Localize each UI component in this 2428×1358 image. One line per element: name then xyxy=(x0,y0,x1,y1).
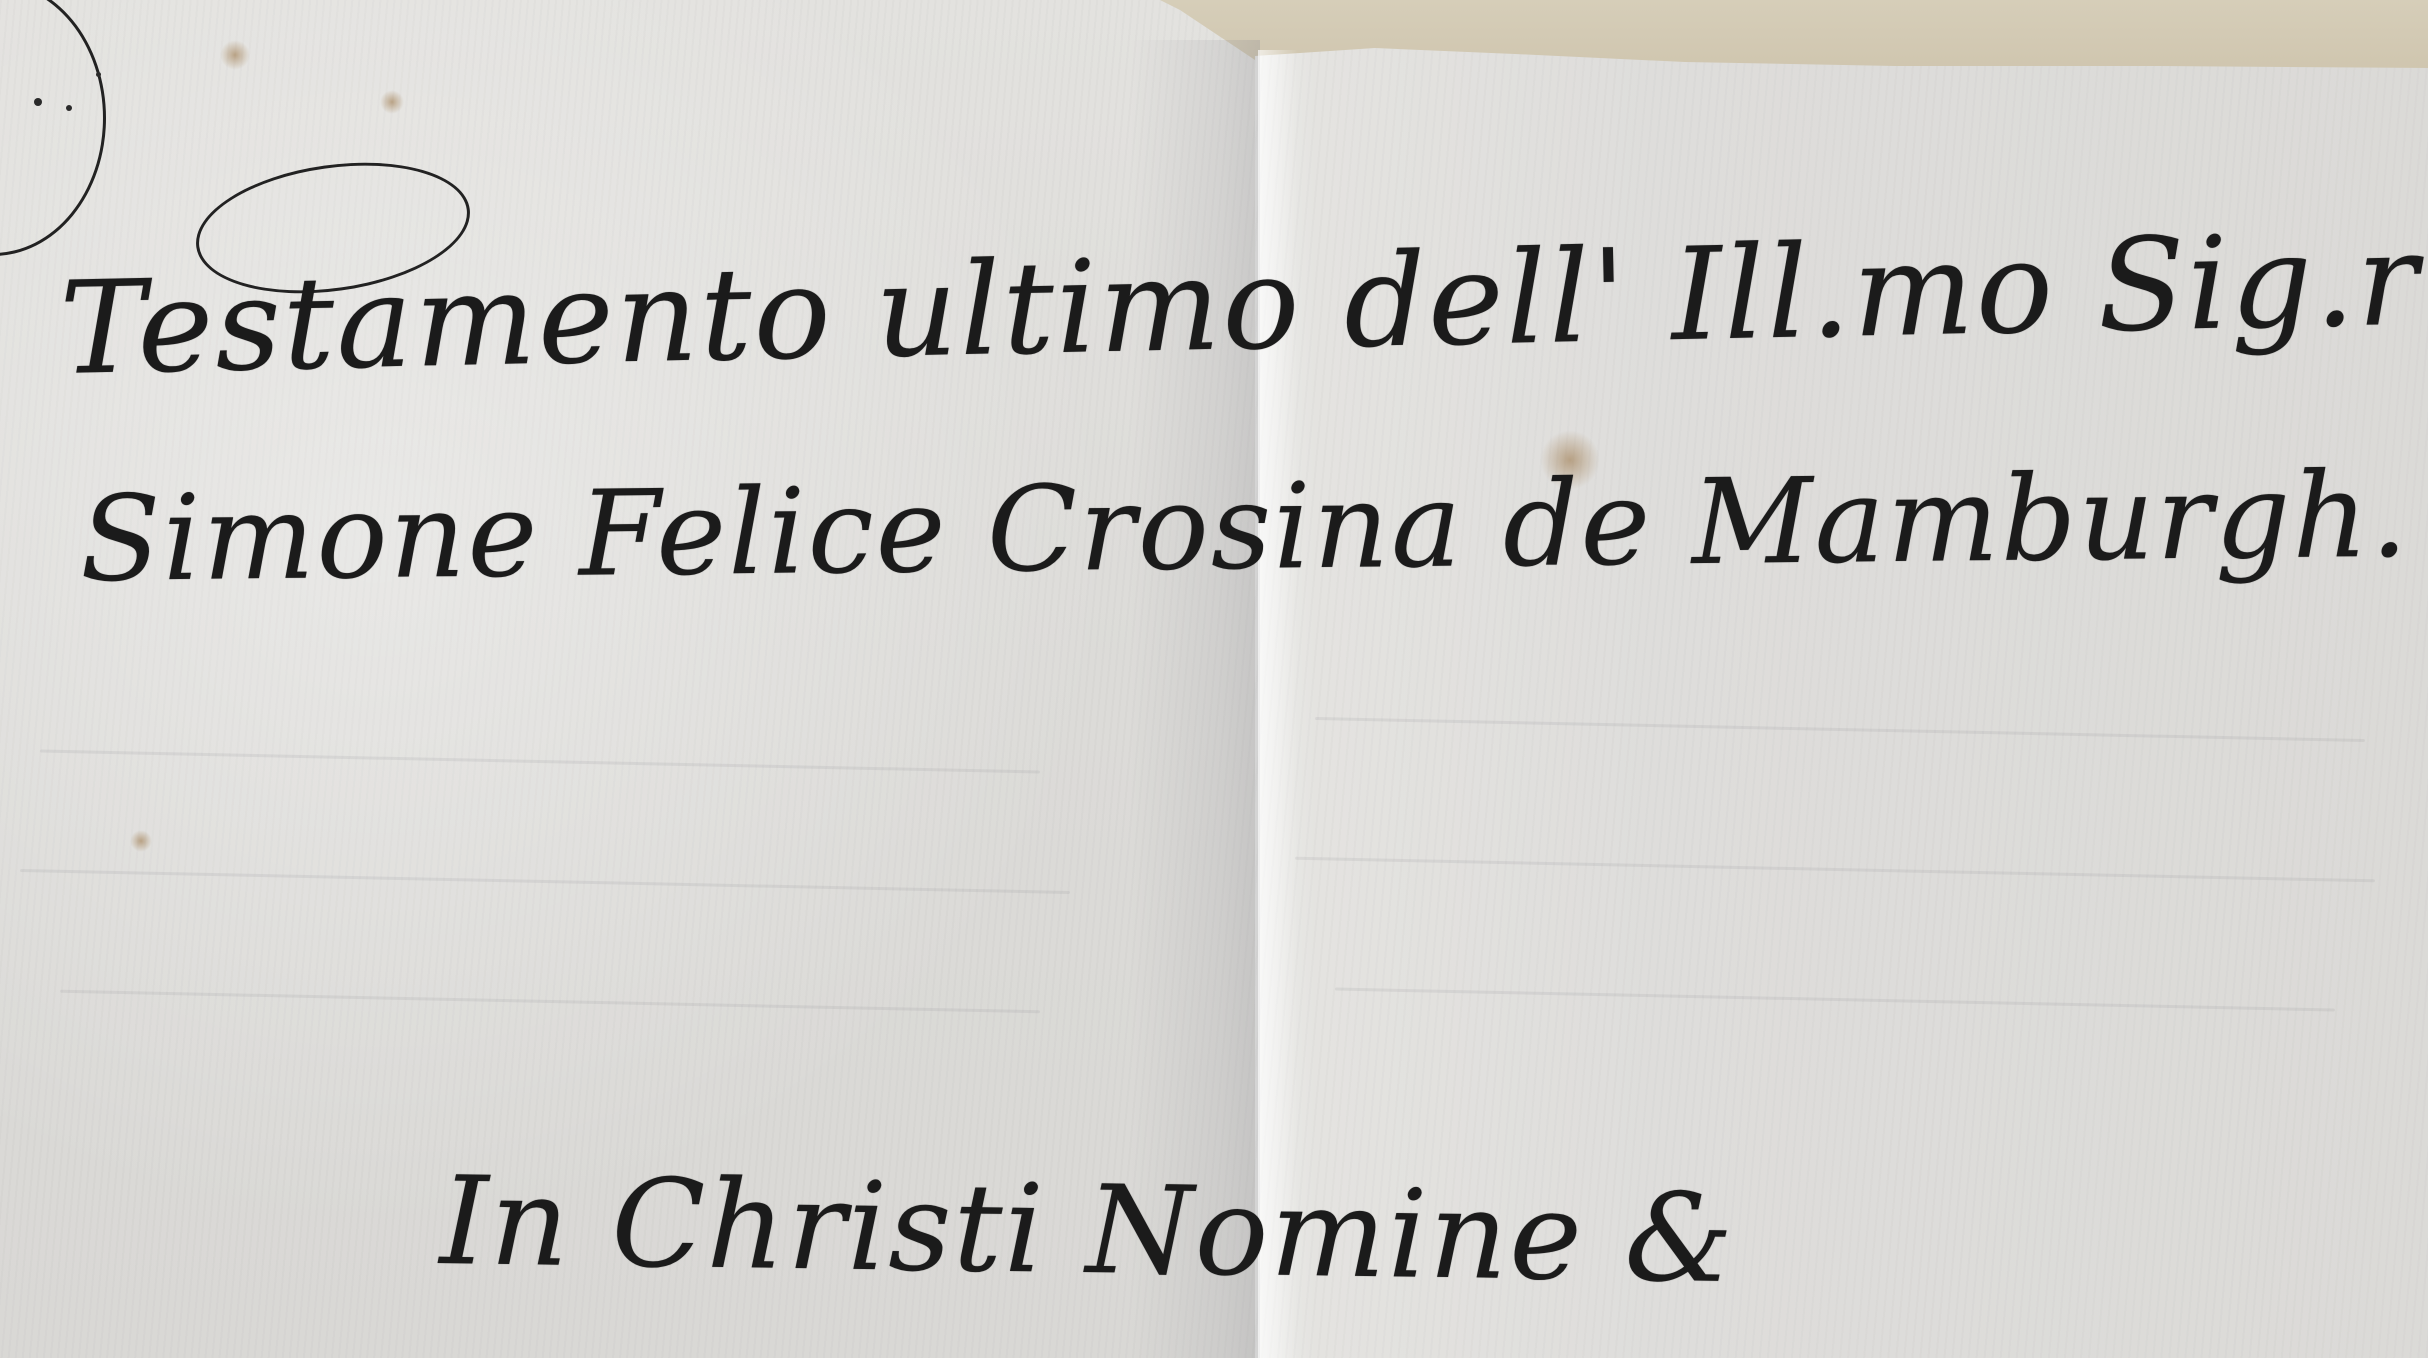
title-line-2: Simone Felice Crosina de Mamburgh. & xyxy=(79,444,2428,608)
manuscript-photo: Testamento ultimo dell' Ill.mo Sig.r Bar… xyxy=(0,0,2428,1358)
ink-spatter xyxy=(66,105,72,111)
ink-spatter xyxy=(34,98,42,106)
body-line-1: In Christi Nomine & xyxy=(439,1150,1736,1310)
bleed-through-line xyxy=(1295,857,2375,883)
foxing-spot xyxy=(130,830,152,852)
bleed-through-line xyxy=(1335,988,2335,1012)
foxing-spot xyxy=(380,90,404,114)
foxing-spot xyxy=(220,40,250,70)
bleed-through-line xyxy=(1315,717,2365,742)
ink-spatter xyxy=(96,72,101,77)
bleed-through-line xyxy=(20,869,1070,894)
bleed-through-line xyxy=(60,990,1040,1014)
bleed-through-line xyxy=(40,750,1040,774)
